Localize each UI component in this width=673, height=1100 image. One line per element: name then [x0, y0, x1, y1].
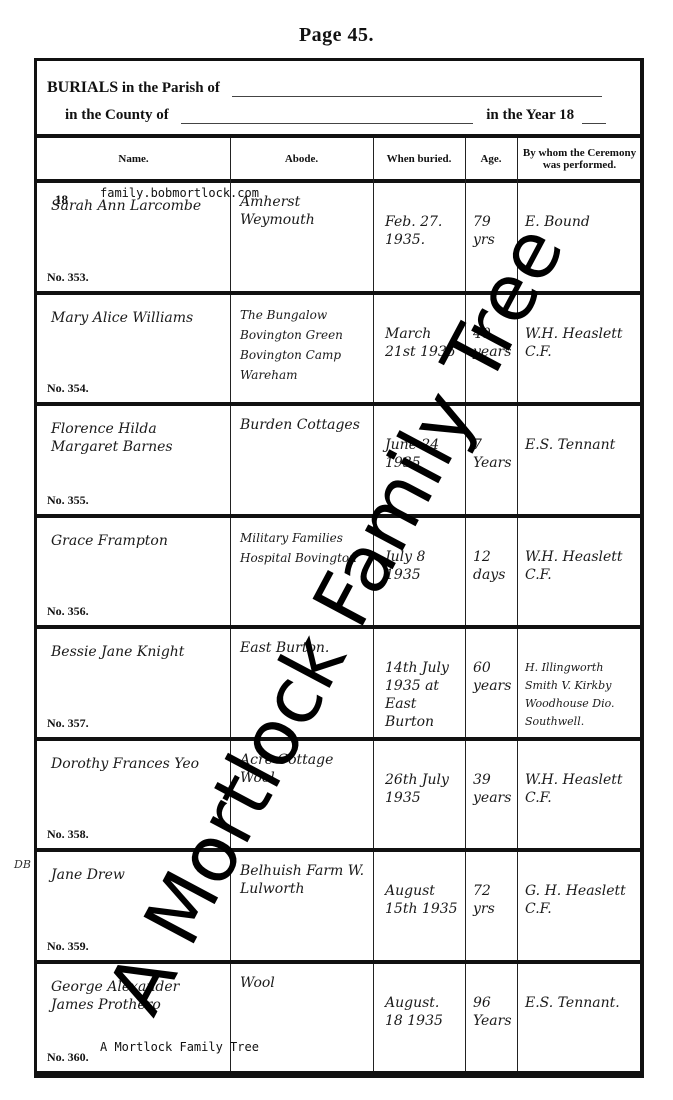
entry-number: No. 359.: [47, 939, 89, 954]
column-header-when-buried: When buried.: [373, 138, 465, 180]
entry-number: No. 354.: [47, 381, 89, 396]
entry-officiant: W.H. Heaslett C.F.: [517, 518, 642, 626]
entry-age: 7 Years: [465, 406, 517, 514]
margin-note: DB: [14, 858, 31, 871]
burials-heading: BURIALS: [47, 79, 118, 96]
entry-officiant: W.H. Heaslett C.F.: [517, 295, 642, 403]
year-blank: [582, 106, 606, 124]
column-header-abode: Abode.: [230, 138, 373, 180]
entry-officiant: E. Bound: [517, 183, 642, 291]
parish-label: in the Parish of: [122, 80, 220, 96]
entry-officiant: H. Illingworth Smith V. Kirkby Woodhouse…: [517, 629, 642, 737]
burial-entry-row: Bessie Jane KnightEast Burton.14th July …: [37, 629, 640, 737]
year-label: in the Year 18: [486, 107, 574, 123]
watermark-footer: A Mortlock Family Tree: [100, 1040, 259, 1054]
column-header-name: Name.: [37, 138, 230, 180]
page-number-title: Page 45.: [0, 24, 673, 47]
entry-number: No. 353.: [47, 270, 89, 285]
county-line: in the County of in the Year 18: [65, 106, 640, 124]
county-label: in the County of: [65, 107, 169, 123]
entry-age: 60 years: [465, 629, 517, 737]
entry-age: 39 years: [465, 741, 517, 849]
entry-officiant: G. H. Heaslett C.F.: [517, 852, 642, 960]
entry-when: August 15th 1935: [373, 852, 465, 960]
entry-officiant: E.S. Tennant.: [517, 964, 642, 1072]
entry-abode: Acre Cottage Wool: [230, 741, 373, 849]
entry-abode: Wool: [230, 964, 373, 1072]
entry-when: 26th July 1935: [373, 741, 465, 849]
entry-number: No. 360.: [47, 1050, 89, 1065]
entry-abode: Burden Cottages: [230, 406, 373, 514]
entry-age: 72 yrs: [465, 852, 517, 960]
entry-when: June 24 1935: [373, 406, 465, 514]
county-blank: [181, 106, 473, 124]
entry-when: August. 18 1935: [373, 964, 465, 1072]
entry-when: July 8 1935: [373, 518, 465, 626]
column-header-officiant: By whom the Ceremony was performed.: [517, 138, 642, 180]
entry-officiant: W.H. Heaslett C.F.: [517, 741, 642, 849]
entry-abode: The Bungalow Bovington Green Bovington C…: [230, 295, 373, 403]
entry-abode: Military Families Hospital Bovington: [230, 518, 373, 626]
parish-blank: [232, 79, 602, 97]
entry-abode: Belhuish Farm W. Lulworth: [230, 852, 373, 960]
burial-register-form: BURIALS in the Parish of in the County o…: [34, 58, 644, 1078]
entry-age: 12 days: [465, 518, 517, 626]
entry-age: 96 Years: [465, 964, 517, 1072]
entry-number: No. 358.: [47, 827, 89, 842]
entry-number: No. 355.: [47, 493, 89, 508]
year-prefix: 18: [55, 192, 68, 208]
burial-entry-row: Grace FramptonMilitary Families Hospital…: [37, 518, 640, 626]
column-header-age: Age.: [465, 138, 517, 180]
entry-number: No. 356.: [47, 604, 89, 619]
entry-number: No. 357.: [47, 716, 89, 731]
entry-age: 79 yrs: [465, 183, 517, 291]
burial-entry-row: Florence Hilda Margaret BarnesBurden Cot…: [37, 406, 640, 514]
entry-when: Feb. 27. 1935.: [373, 183, 465, 291]
row-divider: [37, 1071, 640, 1075]
entry-age: 40 years: [465, 295, 517, 403]
entry-when: 14th July 1935 at East Burton: [373, 629, 465, 737]
burial-entry-row: George Alexander James ProtheroWoolAugus…: [37, 964, 640, 1072]
burial-entry-row: Dorothy Frances YeoAcre Cottage Wool26th…: [37, 741, 640, 849]
entry-officiant: E.S. Tennant: [517, 406, 642, 514]
burial-entry-row: Jane DrewBelhuish Farm W. LulworthAugust…: [37, 852, 640, 960]
burial-entry-row: Mary Alice WilliamsThe Bungalow Bovingto…: [37, 295, 640, 403]
parish-line: BURIALS in the Parish of: [47, 79, 602, 97]
entry-when: March 21st 1935: [373, 295, 465, 403]
entry-abode: East Burton.: [230, 629, 373, 737]
watermark-url: family.bobmortlock.com: [100, 186, 259, 200]
